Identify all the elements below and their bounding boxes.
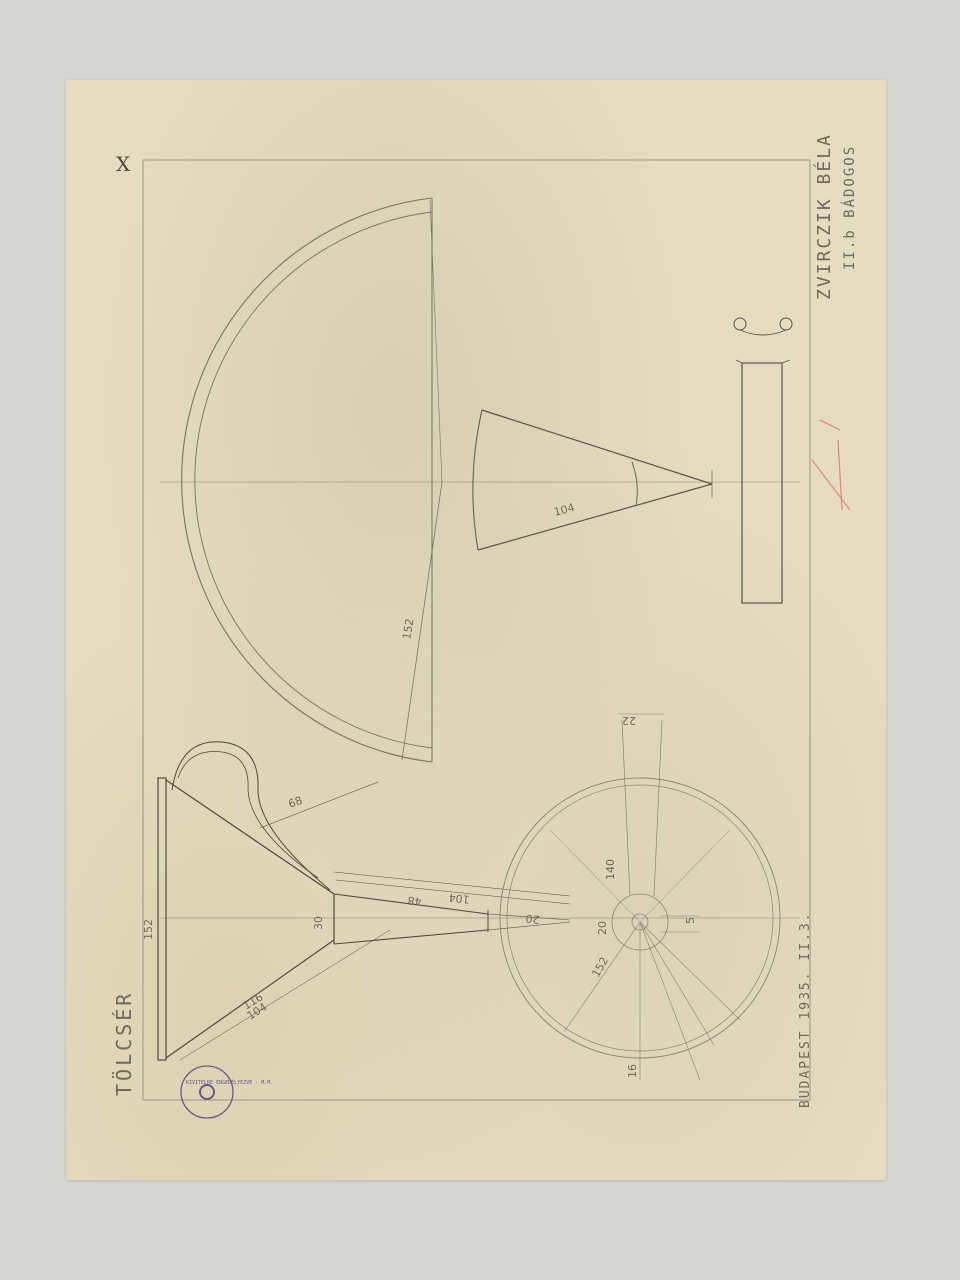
circle-plan-view — [500, 714, 780, 1080]
dim-circle-radius: 152 — [589, 955, 611, 980]
dim-spout-tip: 20 — [525, 912, 540, 926]
drawing-frame — [143, 160, 810, 1100]
dim-cone-slant: 104 — [552, 501, 576, 519]
dim-funnel-height: 152 — [142, 919, 155, 940]
place-date: BUDAPEST 1935. II.3. — [798, 911, 813, 1108]
dim-spout-total: 104 — [448, 891, 470, 906]
author-name: ZVIRCZIK BÉLA — [814, 133, 835, 300]
class-trade: II.b BÁDOGOS — [842, 145, 858, 270]
dim-funnel-neck: 30 — [312, 916, 325, 930]
dim-handle-radius: 68 — [287, 794, 305, 811]
red-pencil-mark — [812, 420, 850, 510]
dim-hub: 20 — [596, 921, 609, 935]
plate-number: X — [116, 152, 130, 176]
large-arc-development — [182, 198, 442, 762]
approval-stamp — [181, 1066, 233, 1118]
dim-large-radius: 152 — [400, 618, 416, 641]
strip-development — [734, 318, 792, 603]
dim-top-width: 22 — [622, 714, 636, 727]
dim-spout-diameter: 140 — [604, 859, 617, 880]
cone-sector — [473, 410, 712, 550]
dim-spout-len: 48 — [407, 894, 422, 908]
stamp-text: KIVITELRE ENGEDÉLYEZVE · M.M. — [186, 1080, 273, 1086]
dim-hub-small: 5 — [684, 917, 697, 924]
dim-rim: 16 — [626, 1064, 639, 1078]
drawing-title: TÖLCSÉR — [112, 991, 136, 1096]
